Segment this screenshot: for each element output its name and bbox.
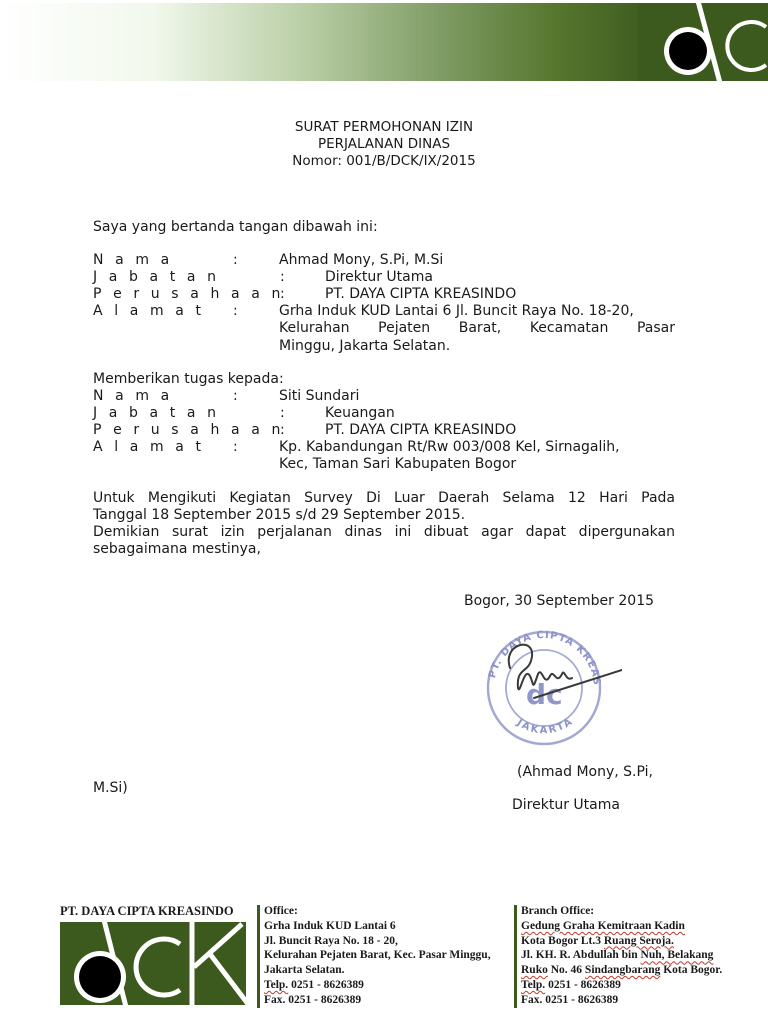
signer-signature-title: Direktur Utama bbox=[512, 797, 620, 814]
place-date: Bogor, 30 September 2015 bbox=[464, 593, 654, 610]
label-alamat: A l a m a t bbox=[93, 303, 205, 320]
label-jabatan: J a b a t a n bbox=[93, 269, 220, 286]
office-line: Jl. Buncit Raya No. 18 - 20, bbox=[264, 934, 491, 949]
office-line: Kelurahan Pejaten Barat, Kec. Pasar Ming… bbox=[264, 948, 491, 963]
dc-logo-icon bbox=[638, 3, 768, 81]
letter-title: SURAT PERMOHONAN IZIN bbox=[0, 119, 768, 136]
branch-line: Ruko No. 46 Sindangbarang Kota Bogor. bbox=[521, 963, 722, 978]
office-address-block: Office: Grha Induk KUD Lantai 6 Jl. Bunc… bbox=[264, 904, 491, 1008]
body-line4: sebagaimana mestinya, bbox=[93, 541, 261, 558]
label-nama: N a m a bbox=[93, 252, 173, 269]
assignee-address-line2: Kec, Taman Sari Kabupaten Bogor bbox=[279, 456, 516, 473]
office-heading: Office: bbox=[264, 904, 491, 919]
company-stamp-icon: PT. DAYA CIPTA KREASINDO JAKARTA dc bbox=[472, 626, 622, 746]
body-line1: Untuk Mengikuti Kegiatan Survey Di Luar … bbox=[93, 490, 675, 507]
label-jabatan: J a b a t a n bbox=[93, 405, 220, 422]
label-perusahaan: P e r u s a h a a n bbox=[93, 286, 284, 303]
signer-signature-name: (Ahmad Mony, S.Pi, bbox=[517, 764, 653, 781]
signer-address-line1: Grha Induk KUD Lantai 6 Jl. Buncit Raya … bbox=[279, 303, 634, 320]
signer-signature-name-cont: M.Si) bbox=[93, 780, 128, 797]
label-nama: N a m a bbox=[93, 388, 173, 405]
branch-fax: Fax. 0251 - 8626389 bbox=[521, 993, 722, 1008]
footer-divider bbox=[514, 905, 517, 1008]
office-line: Grha Induk KUD Lantai 6 bbox=[264, 919, 491, 934]
colon: : bbox=[233, 252, 238, 269]
body-line3: Demikian surat izin perjalanan dinas ini… bbox=[93, 524, 675, 541]
branch-line: Jl. KH. R. Abdullah bin Nuh, Belakang bbox=[521, 948, 722, 963]
branch-line: Gedung Graha Kemitraan Kadin bbox=[521, 919, 722, 934]
header-banner bbox=[0, 3, 768, 81]
colon: : bbox=[233, 303, 238, 320]
assignee-name: Siti Sundari bbox=[279, 388, 359, 405]
assignee-company: PT. DAYA CIPTA KREASINDO bbox=[325, 422, 516, 439]
colon: : bbox=[233, 388, 238, 405]
colon: : bbox=[233, 439, 238, 456]
colon: : bbox=[280, 286, 285, 303]
footer-company-name: PT. DAYA CIPTA KREASINDO bbox=[60, 904, 234, 919]
colon: : bbox=[280, 405, 285, 422]
intro-text: Saya yang bertanda tangan dibawah ini: bbox=[93, 219, 378, 236]
label-alamat: A l a m a t bbox=[93, 439, 205, 456]
office-fax: Fax. 0251 - 8626389 bbox=[264, 993, 491, 1008]
signer-position: Direktur Utama bbox=[325, 269, 433, 286]
signer-address-line3: Minggu, Jakarta Selatan. bbox=[279, 338, 450, 355]
office-telp: Telp. 0251 - 8626389 bbox=[264, 978, 491, 993]
signer-name: Ahmad Mony, S.Pi, M.Si bbox=[279, 252, 443, 269]
signer-address-line2: Kelurahan Pejaten Barat, Kecamatan Pasar bbox=[279, 320, 675, 337]
branch-address-block: Branch Office: Gedung Graha Kemitraan Ka… bbox=[521, 904, 722, 1008]
office-line: Jakarta Selatan. bbox=[264, 963, 491, 978]
branch-telp: Telp. 0251 - 8626389 bbox=[521, 978, 722, 993]
assignee-address-line1: Kp. Kabandungan Rt/Rw 003/008 Kel, Sirna… bbox=[279, 439, 620, 456]
footer-divider bbox=[257, 905, 260, 1008]
branch-heading: Branch Office: bbox=[521, 904, 722, 919]
assign-intro: Memberikan tugas kepada: bbox=[93, 371, 284, 388]
telp-label: Telp. bbox=[521, 979, 545, 991]
branch-line: Kota Bogor Lt.3 Ruang Seroja. bbox=[521, 934, 722, 949]
letter-number: Nomor: 001/B/DCK/IX/2015 bbox=[0, 153, 768, 170]
signer-company: PT. DAYA CIPTA KREASINDO bbox=[325, 286, 516, 303]
telp-label: Telp. bbox=[264, 979, 288, 991]
colon: : bbox=[280, 422, 285, 439]
colon: : bbox=[280, 269, 285, 286]
letter-subtitle: PERJALANAN DINAS bbox=[0, 136, 768, 153]
label-perusahaan: P e r u s a h a a n bbox=[93, 422, 284, 439]
assignee-position: Keuangan bbox=[325, 405, 395, 422]
dck-logo-icon bbox=[60, 922, 246, 1005]
body-line2: Tanggal 18 September 2015 s/d 29 Septemb… bbox=[93, 507, 465, 524]
